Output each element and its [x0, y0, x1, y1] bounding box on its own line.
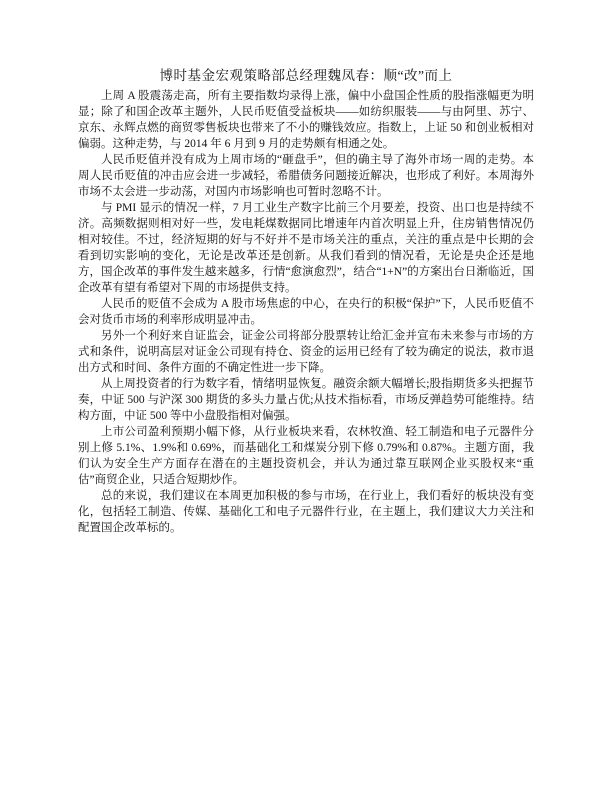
- paragraph: 从上周投资者的行为数字看，情绪明显恢复。融资余额大幅增长;股指期货多头把握节奏，…: [78, 376, 534, 424]
- paragraph: 另外一个利好来自证监会，证金公司将部分股票转让给汇金并宣布未来参与市场的方式和条…: [78, 328, 534, 376]
- document-page: 博时基金宏观策略部总经理魏凤春：顺“改”而上 上周 A 股震荡走高，所有主要指数…: [0, 0, 612, 792]
- paragraph: 上周 A 股震荡走高，所有主要指数均录得上涨，偏中小盘国企性质的股指涨幅更为明显…: [78, 88, 534, 152]
- paragraph: 人民币的贬值不会成为 A 股市场焦虑的中心，在央行的积极“保护”下，人民币贬值不…: [78, 296, 534, 328]
- paragraph: 人民币贬值并没有成为上周市场的“砸盘手”，但的确主导了海外市场一周的走势。本周人…: [78, 152, 534, 200]
- document-body: 上周 A 股震荡走高，所有主要指数均录得上涨，偏中小盘国企性质的股指涨幅更为明显…: [78, 88, 534, 536]
- paragraph: 上市公司盈利预期小幅下修，从行业板块来看，农林牧渔、轻工制造和电子元器件分别上修…: [78, 424, 534, 488]
- document-title: 博时基金宏观策略部总经理魏凤春：顺“改”而上: [78, 66, 534, 85]
- paragraph: 总的来说，我们建议在本周更加积极的参与市场，在行业上，我们看好的板块没有变化，包…: [78, 488, 534, 536]
- paragraph: 与 PMI 显示的情况一样，7 月工业生产数字比前三个月要差，投资、出口也是持续…: [78, 200, 534, 296]
